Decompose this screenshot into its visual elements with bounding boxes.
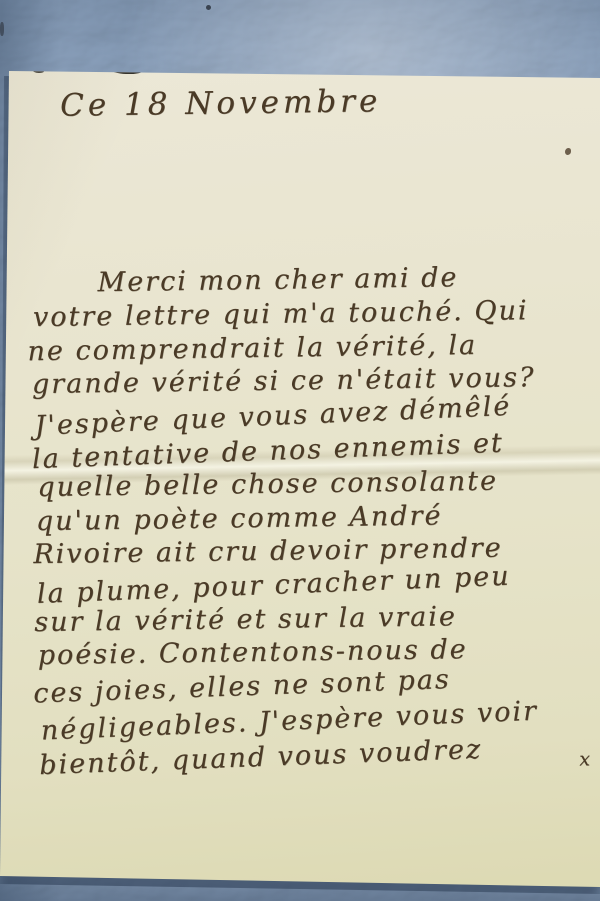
- letter-line: votre lettre qui m'a touché. Qui: [33, 297, 529, 331]
- letter-line: poésie. Contentons-nous de: [38, 636, 468, 669]
- handwritten-text: Ce 18 Novembre Merci mon cher ami de vot…: [0, 0, 600, 901]
- letter-line: Merci mon cher ami de: [97, 264, 458, 296]
- photo-of-handwritten-letter: Ce 18 Novembre Merci mon cher ami de vot…: [0, 0, 600, 901]
- letter-line: quelle belle chose consolante: [37, 468, 498, 501]
- letter-line: sur la vérité et sur la vraie: [34, 603, 457, 636]
- letter-line: ne comprendrait la vérité, la: [27, 332, 477, 365]
- end-mark: x: [579, 748, 590, 770]
- letter-date: Ce 18 Novembre: [60, 83, 382, 123]
- letter-line: qu'un poète comme André: [36, 502, 443, 535]
